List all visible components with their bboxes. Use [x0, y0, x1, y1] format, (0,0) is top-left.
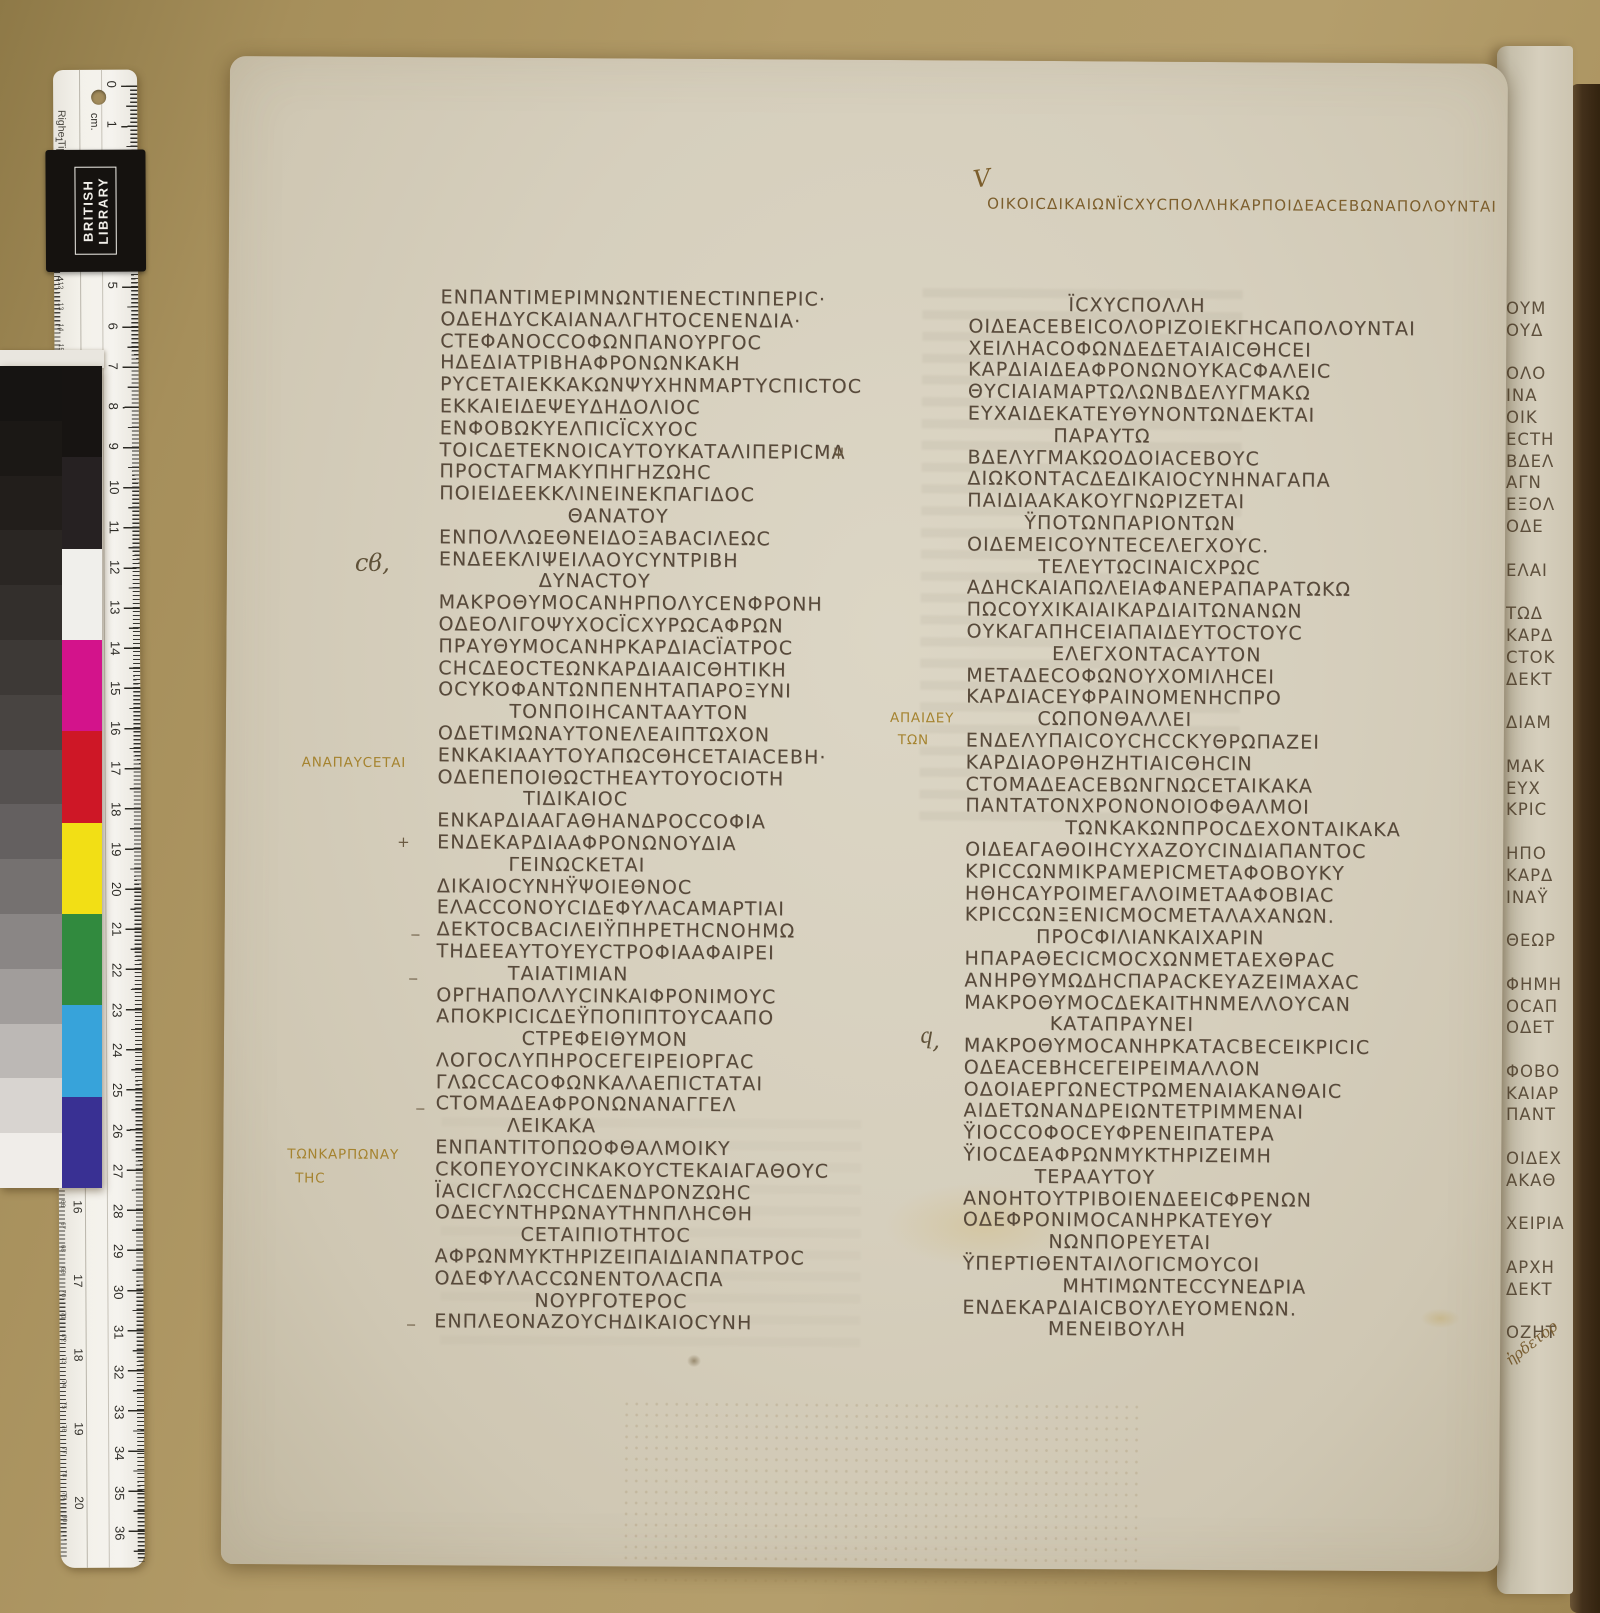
frag-item: ΑΚΑΘ: [1506, 1170, 1565, 1192]
cmnum-item: 23: [110, 1003, 123, 1018]
cmnum-item: 30: [112, 1284, 125, 1299]
cmnum-item: 21: [110, 922, 123, 937]
frag-item: ΟΥΔ: [1506, 320, 1565, 342]
frag-item: ΕΞΟΛ: [1506, 494, 1565, 516]
frag-item: ΟΙΔΕΧ: [1506, 1148, 1565, 1170]
mk-item: ΑΠΑΙΔΕΥ: [890, 710, 954, 726]
frag-item: ΟϹΑΠ: [1506, 996, 1565, 1018]
frag-item: [1506, 734, 1565, 756]
tinynum-item: 75: [60, 1402, 67, 1409]
line-item: [0, 859, 62, 914]
line-item: [0, 530, 62, 585]
frag-item: ΗΠΟ: [1506, 843, 1565, 865]
ruler-unit-label: cm.: [88, 113, 100, 131]
marginal-notes: ϲϐ,ψ+‒‒‒‒ΑΝΑΠΑΥϹΕΤΑΙΑΠΑΙΔΕΥΤΩΝΤΩΝΚΑΡΠΩΝΑ…: [221, 56, 1508, 1572]
frag-item: ΒΔΕΛ: [1506, 451, 1565, 473]
line-item: [62, 914, 102, 1005]
mk-item: ‒: [416, 1099, 426, 1117]
frag-item: ΟΔΕ: [1506, 516, 1565, 538]
line-item: [0, 476, 62, 531]
frag-item: ΘΕΩΡ: [1506, 930, 1565, 952]
frag-item: ΔΕΚΤ: [1506, 669, 1565, 691]
line-item: [0, 585, 62, 640]
line-item: [62, 640, 102, 731]
frag-item: [1506, 342, 1565, 364]
cmnum-item: 25: [111, 1083, 124, 1098]
frag-item: ΚΑΡΔ: [1506, 865, 1565, 887]
cmnum-item: 34: [112, 1445, 125, 1460]
mk-item: ΑΝΑΠΑΥϹΕΤΑΙ: [302, 754, 407, 771]
cmnum-item: 9: [107, 443, 120, 450]
cmnum-item: 14: [108, 640, 121, 655]
cmnum-item: 36: [113, 1526, 126, 1541]
cmnum-item: 27: [111, 1164, 124, 1179]
cmnum-item: 22: [110, 962, 123, 977]
frag-item: ΚΑΡΔ: [1506, 625, 1565, 647]
frag-item: ΔΙΑΜ: [1506, 712, 1565, 734]
bignum-item: 20: [72, 1496, 86, 1509]
tinynum-item: 66: [59, 1199, 66, 1206]
cmnum-item: 15: [108, 681, 121, 696]
frag-item: [1506, 581, 1565, 603]
tinynum-item: 67: [59, 1222, 66, 1229]
line-item: [0, 969, 62, 1024]
frag-item: [1506, 1192, 1565, 1214]
color-patches: [62, 366, 102, 1188]
cmnum-item: 24: [110, 1043, 123, 1058]
frag-item: ΙΝΑ: [1506, 385, 1565, 407]
ruler-bottom-small-numbers: 636465666768697071727374757677787980: [59, 1132, 68, 1522]
frag-item: ΦΗΜΗ: [1506, 974, 1565, 996]
line-item: [0, 695, 62, 750]
line-item: [0, 366, 62, 421]
cmnum-item: 1: [106, 121, 119, 128]
frag-item: ΕϹΤΗ: [1506, 429, 1565, 451]
midnum-item: 14: [57, 323, 64, 331]
line-item: [0, 914, 62, 969]
line-item: [0, 750, 62, 805]
line-item: [0, 804, 62, 859]
midnum-item: 12: [57, 282, 64, 290]
line-item: [62, 457, 102, 548]
line-item: [62, 366, 102, 457]
frag-item: ΟΥΜ: [1506, 298, 1565, 320]
color-calibration-chart: [0, 366, 102, 1188]
topnum-item: 4: [53, 276, 64, 282]
grayscale-steps: [0, 366, 62, 1188]
tinynum-item: 72: [60, 1334, 67, 1341]
line-item: [62, 731, 102, 822]
frag-item: [1506, 908, 1565, 930]
bignum-item: 17: [71, 1274, 85, 1287]
cmnum-item: 35: [113, 1486, 126, 1501]
frag-item: ΑΡΧΗ: [1506, 1257, 1565, 1279]
mk-item: ‒: [408, 969, 418, 987]
book-spine-edge: [1570, 84, 1600, 1613]
line-item: [0, 1133, 62, 1188]
cmnum-item: 29: [111, 1244, 124, 1259]
manuscript-page: V ΟΙΚΟΙϹΔΙΚΑΙΩΝΪϹΧΥϹΠΟΛΛΗΚΑΡΠΟΙΔΕΑϹΕΒΩΝΑ…: [221, 56, 1508, 1572]
frag-item: [1506, 538, 1565, 560]
line-item: [0, 421, 62, 476]
cmnum-item: 10: [107, 479, 120, 494]
cmnum-item: 6: [107, 322, 120, 329]
cmnum-item: 26: [111, 1123, 124, 1138]
cmnum-item: 5: [106, 282, 119, 289]
line-item: [0, 1078, 62, 1133]
frag-item: ΚΑΙΑΡ: [1506, 1083, 1565, 1105]
frag-item: ΑΓΝ: [1506, 472, 1565, 494]
frag-item: ΕΥΧ: [1506, 778, 1565, 800]
ruler-bottom-left-numbers: 1617181920: [71, 1200, 86, 1510]
tinynum-item: 70: [60, 1289, 67, 1296]
cmnum-item: 12: [108, 560, 121, 575]
british-library-label-text: BRITISH LIBRARY: [75, 167, 117, 255]
british-library-label: BRITISH LIBRARY: [45, 150, 146, 273]
cmnum-item: 8: [107, 403, 120, 410]
cmnum-item: 18: [109, 801, 122, 816]
line-item: [0, 640, 62, 695]
mk-item: ‒: [406, 1315, 416, 1333]
frag-item: [1506, 1301, 1565, 1323]
tinynum-item: 71: [60, 1312, 67, 1319]
tinynum-item: 68: [59, 1244, 66, 1251]
bignum-item: 19: [72, 1422, 86, 1435]
line-item: [62, 549, 102, 640]
cmnum-item: 20: [110, 882, 123, 897]
frag-item: [1506, 690, 1565, 712]
frag-item: ΠΑΝΤ: [1506, 1104, 1565, 1126]
mk-item: ϥ,: [920, 1026, 940, 1055]
topnum-item: 1: [53, 137, 64, 143]
mk-item: ‒: [411, 925, 421, 943]
cmnum-item: 31: [112, 1325, 125, 1340]
frag-item: ΟΛΟ: [1506, 363, 1565, 385]
next-folio-edge: ΟΥΜΟΥΔΟΛΟΙΝΑΟΙΚΕϹΤΗΒΔΕΛΑΓΝΕΞΟΛΟΔΕΕΛΑΙΤΩΔ…: [1497, 46, 1573, 1594]
midnum-item: 13: [57, 302, 64, 310]
bignum-item: 16: [71, 1200, 85, 1213]
tinynum-item: 78: [60, 1470, 67, 1477]
next-folio-text-fragments: ΟΥΜΟΥΔΟΛΟΙΝΑΟΙΚΕϹΤΗΒΔΕΛΑΓΝΕΞΟΛΟΔΕΕΛΑΙΤΩΔ…: [1506, 298, 1565, 1344]
frag-item: [1506, 821, 1565, 843]
frag-item: ΟΙΚ: [1506, 407, 1565, 429]
frag-item: [1506, 1235, 1565, 1257]
frag-item: ΕΛΑΙ: [1506, 560, 1565, 582]
frag-item: [1506, 952, 1565, 974]
cmnum-item: 0: [105, 81, 118, 88]
cmnum-item: 13: [108, 600, 121, 615]
line-item: [62, 823, 102, 914]
frag-item: [1506, 1126, 1565, 1148]
frag-item: ΧΕΙΡΙΑ: [1506, 1213, 1565, 1235]
frag-item: [1506, 1039, 1565, 1061]
tinynum-item: 69: [59, 1267, 66, 1274]
frag-item: ΟΔΕΤ: [1506, 1017, 1565, 1039]
tinynum-item: 80: [61, 1515, 68, 1522]
frag-item: ΙΝΑΫ: [1506, 887, 1565, 909]
cmnum-item: 28: [111, 1204, 124, 1219]
line-item: [62, 1005, 102, 1096]
tinynum-item: 74: [60, 1379, 67, 1386]
mk-item: ΤΩΝ: [898, 732, 929, 748]
cmnum-item: 33: [112, 1405, 125, 1420]
frag-item: ϹΤΟΚ: [1506, 647, 1565, 669]
cmnum-item: 32: [112, 1365, 125, 1380]
mk-item: ϲϐ,: [355, 549, 390, 577]
mk-item: ΤΩΝΚΑΡΠΩΝΑΥ: [287, 1146, 399, 1163]
tinynum-item: 73: [60, 1357, 67, 1364]
tinynum-item: 76: [60, 1425, 67, 1432]
frag-item: ΔΕΚΤ: [1506, 1279, 1565, 1301]
mk-item: +: [397, 833, 410, 851]
line-item: [62, 1097, 102, 1188]
bignum-item: 18: [71, 1348, 85, 1361]
frag-item: ΚΡΙϹ: [1506, 799, 1565, 821]
mk-item: ΤΗϹ: [295, 1170, 325, 1186]
line-item: [0, 1024, 62, 1079]
frag-item: ΦΟΒΟ: [1506, 1061, 1565, 1083]
cmnum-item: 19: [109, 842, 122, 857]
frag-item: ΤΩΔ: [1506, 603, 1565, 625]
tinynum-item: 79: [61, 1492, 68, 1499]
cmnum-item: 17: [109, 761, 122, 776]
cmnum-item: 7: [107, 362, 120, 369]
tinynum-item: 77: [60, 1447, 67, 1454]
mk-item: ψ: [834, 442, 844, 460]
frag-item: ΜΑΚ: [1506, 756, 1565, 778]
cmnum-item: 11: [108, 520, 121, 534]
cmnum-item: 16: [109, 721, 122, 736]
photograph-stage: ΟΥΜΟΥΔΟΛΟΙΝΑΟΙΚΕϹΤΗΒΔΕΛΑΓΝΕΞΟΛΟΔΕΕΛΑΙΤΩΔ…: [0, 0, 1600, 1613]
